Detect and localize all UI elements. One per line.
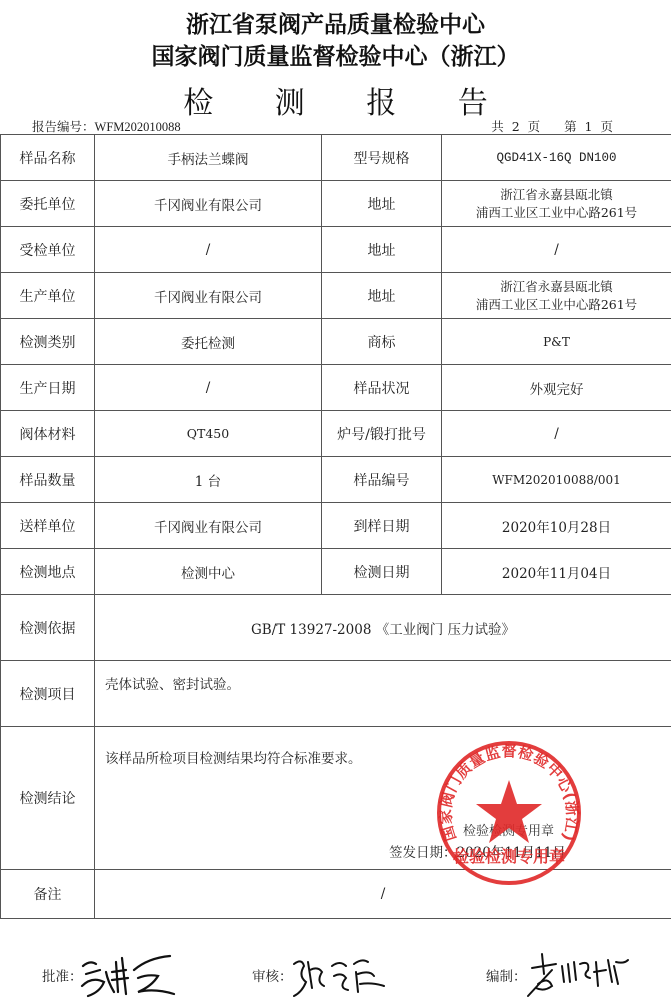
table-row: 受检单位 / 地址 / (1, 227, 671, 273)
table-row: 检测类别 委托检测 商标 P&T (1, 319, 671, 365)
table-row: 生产日期 / 样品状况 外观完好 (1, 365, 671, 411)
table-row: 样品数量 1 台 样品编号 WFM202010088/001 (1, 457, 671, 503)
field-value: P&T (442, 319, 671, 365)
field-value: / (95, 365, 322, 411)
table-row: 送样单位 千冈阀业有限公司 到样日期 2020年10月28日 (1, 503, 671, 549)
report-number-value: WFM202010088 (95, 120, 181, 134)
field-label: 样品名称 (1, 135, 95, 181)
basis-value: GB/T 13927-2008 《工业阀门 压力试验》 (95, 595, 671, 661)
review-label: 审核： (252, 965, 293, 985)
org-name-line2: 国家阀门质量监督检验中心（浙江） (0, 38, 671, 71)
review-signature-icon (288, 952, 388, 998)
field-label: 商标 (322, 319, 442, 365)
remarks-label: 备注 (1, 870, 95, 919)
field-label: 委托单位 (1, 181, 95, 227)
page-info: 共 2 页 第 1 页 (491, 117, 613, 135)
field-label: 地址 (322, 273, 442, 319)
items-value: 壳体试验、密封试验。 (95, 661, 671, 727)
address-value: 浙江省永嘉县瓯北镇 浦西工业区工业中心路261号 (442, 273, 671, 319)
items-label: 检测项目 (1, 661, 95, 727)
conclusion-cell: 该样品所检项目检测结果均符合标准要求。 检验检测专用章 签发日期：2020年11… (95, 727, 671, 870)
table-row: 检测地点 检测中心 检测日期 2020年11月04日 (1, 549, 671, 595)
conclusion-text: 该样品所检项目检测结果均符合标准要求。 (105, 747, 362, 767)
field-value: WFM202010088/001 (442, 457, 671, 503)
table-row: 生产单位 千冈阀业有限公司 地址 浙江省永嘉县瓯北镇 浦西工业区工业中心路261… (1, 273, 671, 319)
table-row-basis: 检测依据 GB/T 13927-2008 《工业阀门 压力试验》 (1, 595, 671, 661)
field-label: 样品编号 (322, 457, 442, 503)
field-value: QGD41X-16Q DN100 (442, 135, 671, 181)
field-label: 样品状况 (322, 365, 442, 411)
table-row: 委托单位 千冈阀业有限公司 地址 浙江省永嘉县瓯北镇 浦西工业区工业中心路261… (1, 181, 671, 227)
svg-text:检验检测专用章: 检验检测专用章 (453, 847, 565, 866)
field-label: 生产日期 (1, 365, 95, 411)
field-value: 检测中心 (95, 549, 322, 595)
field-value: QT450 (95, 411, 322, 457)
approve-label: 批准： (42, 965, 83, 985)
table-row: 样品名称 手柄法兰蝶阀 型号规格 QGD41X-16Q DN100 (1, 135, 671, 181)
table-row: 阀体材料 QT450 炉号/锻打批号 / (1, 411, 671, 457)
field-label: 送样单位 (1, 503, 95, 549)
field-label: 检测地点 (1, 549, 95, 595)
field-value: 千冈阀业有限公司 (95, 273, 322, 319)
signature-row: 批准： 审核： 编制： (0, 952, 671, 1000)
field-value: 2020年11月04日 (442, 549, 671, 595)
field-value: 千冈阀业有限公司 (95, 181, 322, 227)
document-title: 检 测 报 告 (0, 78, 671, 122)
prepare-signature-icon (524, 952, 634, 998)
field-label: 到样日期 (322, 503, 442, 549)
field-label: 样品数量 (1, 457, 95, 503)
field-label: 阀体材料 (1, 411, 95, 457)
field-label: 检测日期 (322, 549, 442, 595)
address-line: 浦西工业区工业中心路261号 (442, 296, 671, 314)
field-value: 1 台 (95, 457, 322, 503)
field-value: / (442, 411, 671, 457)
field-label: 型号规格 (322, 135, 442, 181)
field-label: 地址 (322, 181, 442, 227)
address-value: 浙江省永嘉县瓯北镇 浦西工业区工业中心路261号 (442, 181, 671, 227)
org-name-line1: 浙江省泵阀产品质量检验中心 (0, 6, 671, 39)
prepare-label: 编制： (486, 965, 527, 985)
table-row-items: 检测项目 壳体试验、密封试验。 (1, 661, 671, 727)
field-label: 地址 (322, 227, 442, 273)
report-number: 报告编号：WFM202010088 (32, 117, 181, 135)
field-value: 千冈阀业有限公司 (95, 503, 322, 549)
address-line: 浙江省永嘉县瓯北镇 (442, 186, 671, 204)
field-value: 外观完好 (442, 365, 671, 411)
field-value: 2020年10月28日 (442, 503, 671, 549)
field-value: / (95, 227, 322, 273)
basis-label: 检测依据 (1, 595, 95, 661)
remarks-value: / (95, 870, 671, 919)
address-line: 浦西工业区工业中心路261号 (442, 204, 671, 222)
approve-signature-icon (78, 952, 188, 998)
field-label: 生产单位 (1, 273, 95, 319)
field-label: 受检单位 (1, 227, 95, 273)
conclusion-label: 检测结论 (1, 727, 95, 870)
field-value: 手柄法兰蝶阀 (95, 135, 322, 181)
official-seal-stamp-icon: 国家阀门质量监督检验中心(浙江) 检验检测专用章 (434, 738, 584, 888)
address-line: 浙江省永嘉县瓯北镇 (442, 278, 671, 296)
report-number-label: 报告编号： (32, 119, 95, 134)
field-label: 炉号/锻打批号 (322, 411, 442, 457)
field-label: 检测类别 (1, 319, 95, 365)
field-value: 委托检测 (95, 319, 322, 365)
field-value: / (442, 227, 671, 273)
